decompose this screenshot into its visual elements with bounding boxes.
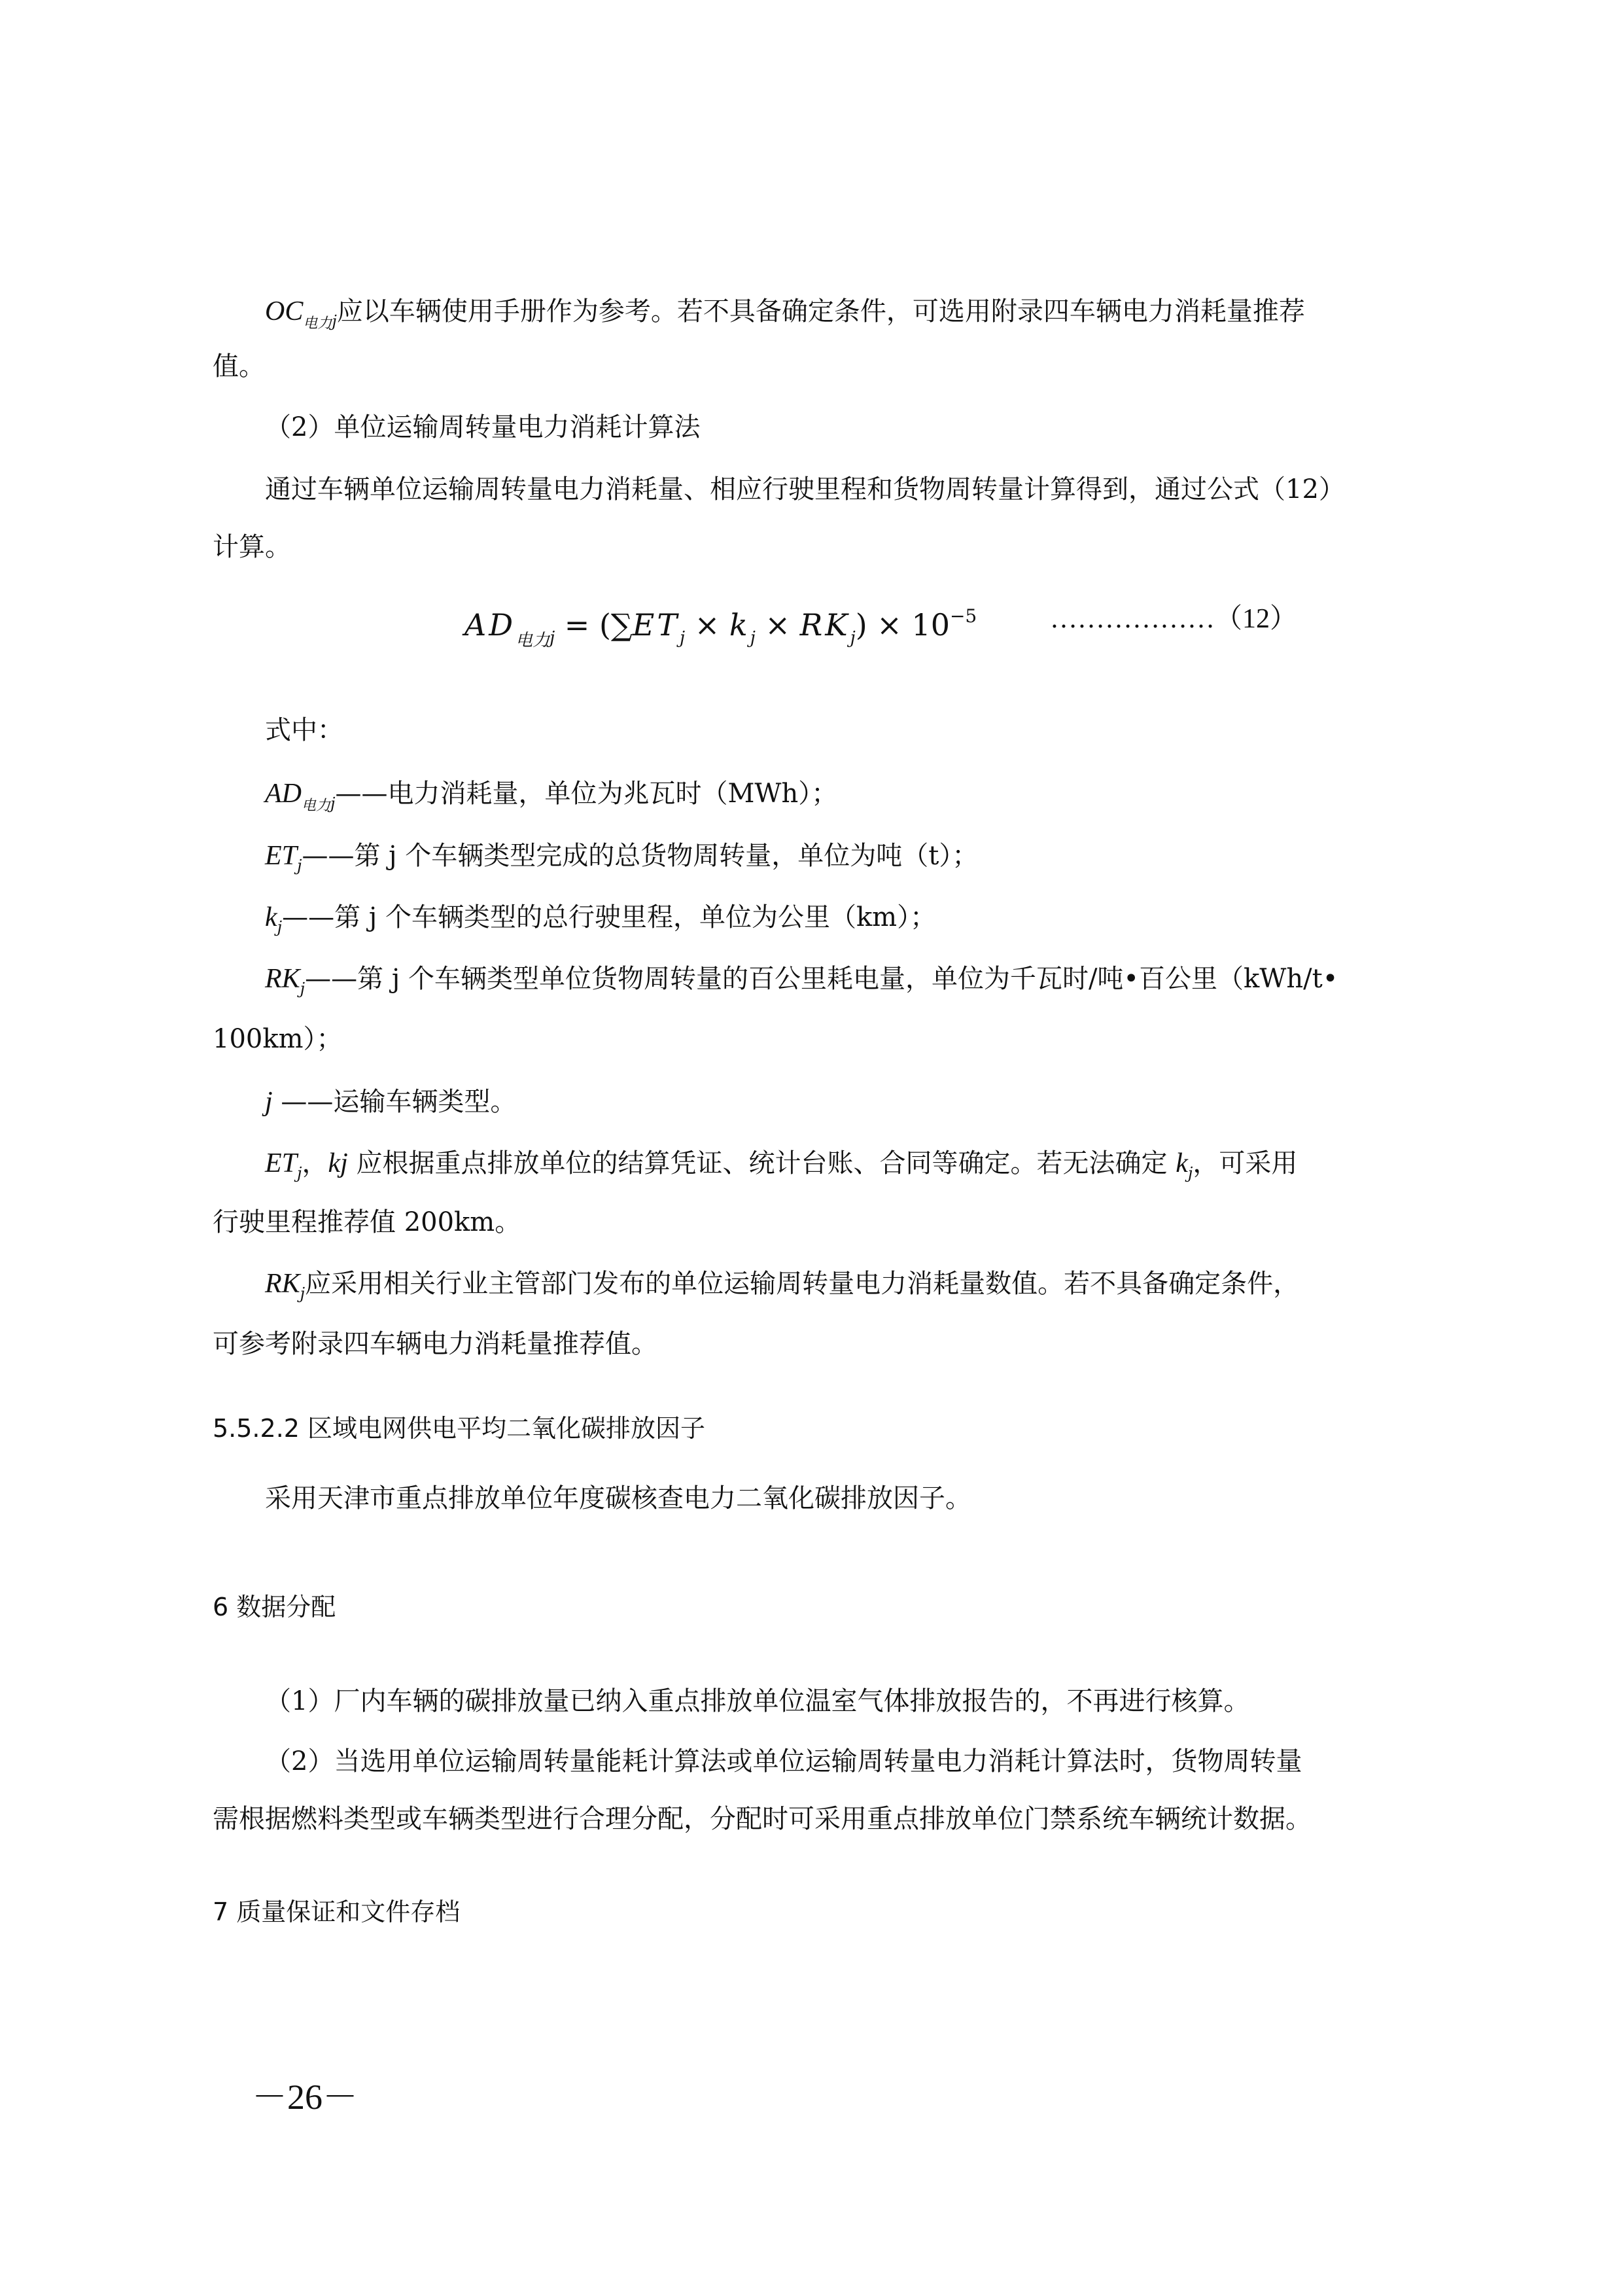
times-icon: × xyxy=(685,607,729,643)
sub-j: j xyxy=(277,918,282,936)
var-rk: RK xyxy=(265,1269,300,1299)
var-ad: AD xyxy=(265,779,302,809)
document-page: OC电力j应以车辆使用手册作为参考。若不具备确定条件，可选用附录四车辆电力消耗量… xyxy=(0,0,1623,2296)
formula-eq: = ( xyxy=(555,607,611,643)
paragraph-continuation: 需根据燃料类型或车辆类型进行合理分配，分配时可采用重点排放单位门禁系统车辆统计数… xyxy=(213,1801,1429,1837)
definition-text: ——运输车辆类型。 xyxy=(273,1087,517,1117)
var-kj: kj xyxy=(328,1148,347,1178)
method-subtitle: （2）单位运输周转量电力消耗计算法 xyxy=(265,409,1482,446)
formula-lhs-sub: 电力 xyxy=(515,631,550,650)
paragraph-continuation: 计算。 xyxy=(213,529,1429,565)
definition-rk: RKj——第 j 个车辆类型单位货物周转量的百公里耗电量，单位为千瓦时/吨•百公… xyxy=(265,961,1482,1007)
definition-k: kj——第 j 个车辆类型的总行驶里程，单位为公里（km）； xyxy=(265,899,1482,945)
where-label: 式中： xyxy=(265,712,1482,749)
var-k: k xyxy=(1176,1148,1188,1178)
definition-et: ETj——第 j 个车辆类型完成的总货物周转量，单位为吨（t）； xyxy=(265,838,1482,884)
definition-j: j ——运输车辆类型。 xyxy=(265,1084,1482,1120)
paragraph-continuation: 100km）； xyxy=(213,1021,1429,1057)
formula-k: k xyxy=(729,607,750,643)
var-rk: RK xyxy=(265,964,300,994)
paragraph-emission-factor: 采用天津市重点排放单位年度碳核查电力二氧化碳排放因子。 xyxy=(265,1480,1482,1517)
paragraph-oc-reference: OC电力j应以车辆使用手册作为参考。若不具备确定条件，可选用附录四车辆电力消耗量… xyxy=(265,293,1482,342)
paragraph-continuation: 值。 xyxy=(213,348,1429,385)
times-icon: × xyxy=(756,607,800,643)
formula-lhs: AD xyxy=(464,607,515,643)
paragraph-formula-intro: 通过车辆单位运输周转量电力消耗量、相应行驶里程和货物周转量计算得到，通过公式（1… xyxy=(265,471,1482,508)
var-et: ET xyxy=(265,841,297,871)
paragraph-rk: RKj应采用相关行业主管部门发布的单位运输周转量电力消耗量数值。若不具备确定条件… xyxy=(265,1265,1482,1312)
text: 应采用相关行业主管部门发布的单位运输周转量电力消耗量数值。若不具备确定条件， xyxy=(305,1269,1299,1299)
definition-ad: AD电力j——电力消耗量，单位为兆瓦时（MWh）； xyxy=(265,775,1482,824)
definition-text: ——电力消耗量，单位为兆瓦时（MWh）； xyxy=(335,779,837,809)
sub-electric: 电力 xyxy=(303,315,332,332)
paragraph-continuation: 可参考附录四车辆电力消耗量推荐值。 xyxy=(213,1326,1429,1362)
sub-j: j xyxy=(300,1284,305,1303)
page-number: －26－ xyxy=(252,2074,358,2120)
var-et: ET xyxy=(265,1148,297,1178)
equation-label: （12） xyxy=(1215,604,1297,634)
paragraph-continuation: 行驶里程推荐值 200km。 xyxy=(213,1204,1429,1241)
definition-text: ——第 j 个车辆类型单位货物周转量的百公里耗电量，单位为千瓦时/吨•百公里（k… xyxy=(305,964,1338,994)
sum-icon: ∑ xyxy=(611,607,633,643)
definition-text: ——第 j 个车辆类型的总行驶里程，单位为公里（km）； xyxy=(282,902,936,932)
text: 应根据重点排放单位的结算凭证、统计台账、合同等确定。若无法确定 xyxy=(348,1148,1176,1178)
formula-rk-sub: j xyxy=(850,628,856,648)
text: ，可采用 xyxy=(1193,1148,1297,1178)
paragraph-allocation-1: （1）厂内车辆的碳排放量已纳入重点排放单位温室气体排放报告的，不再进行核算。 xyxy=(265,1683,1482,1720)
section-heading-6: 6 数据分配 xyxy=(213,1590,336,1624)
text: 应以车辆使用手册作为参考。若不具备确定条件，可选用附录四车辆电力消耗量推荐 xyxy=(337,296,1305,327)
section-heading-7: 7 质量保证和文件存档 xyxy=(213,1895,460,1929)
dot-leader: ……………… xyxy=(1050,604,1215,634)
formula-12: AD电力j = (∑ETj × kj × RKj) × 10−5 xyxy=(464,597,977,660)
formula-exponent: −5 xyxy=(950,605,977,627)
formula-k-sub: j xyxy=(750,628,756,648)
separator: ， xyxy=(302,1148,328,1178)
definition-text: ——第 j 个车辆类型完成的总货物周转量，单位为吨（t）； xyxy=(302,841,978,871)
formula-lhs-sub-j: j xyxy=(550,628,555,648)
formula-et-sub: j xyxy=(680,628,685,648)
paragraph-et-kj: ETj，kj 应根据重点排放单位的结算凭证、统计台账、合同等确定。若无法确定 k… xyxy=(265,1145,1482,1192)
equation-number: ………………（12） xyxy=(1050,601,1297,637)
var-j: j xyxy=(265,1087,273,1117)
formula-rk: RK xyxy=(800,607,850,643)
formula-close: ) × 10 xyxy=(856,607,950,643)
var-oc: OC xyxy=(265,296,303,327)
var-k: k xyxy=(265,902,277,932)
sub-j: j xyxy=(300,980,305,998)
sub-j: j xyxy=(332,312,336,330)
sub-electric: 电力 xyxy=(302,798,330,814)
formula-et: ET xyxy=(633,607,680,643)
section-heading-5-5-2-2: 5.5.2.2 区域电网供电平均二氧化碳排放因子 xyxy=(213,1411,705,1445)
paragraph-allocation-2: （2）当选用单位运输周转量能耗计算法或单位运输周转量电力消耗计算法时，货物周转量 xyxy=(265,1743,1482,1780)
